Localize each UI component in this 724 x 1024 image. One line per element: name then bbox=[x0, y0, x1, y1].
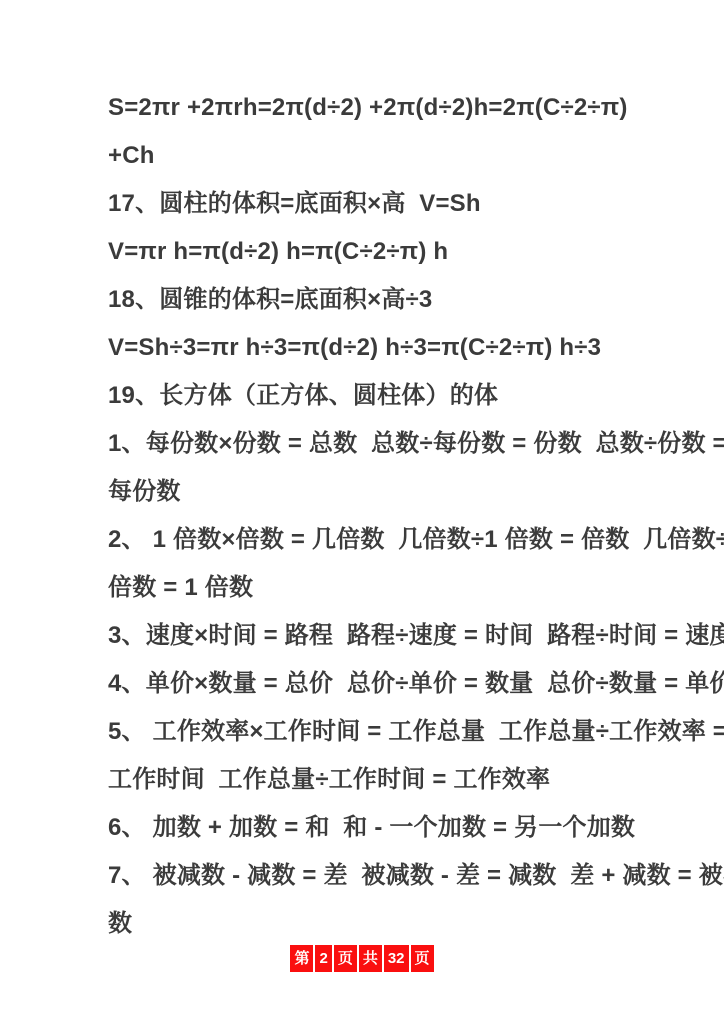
formula-line-item7: 7、 被减数 - 减数 = 差 被减数 - 差 = 减数 差 + 减数 = 被减 bbox=[108, 852, 634, 900]
formula-line-item5: 5、 工作效率×工作时间 = 工作总量 工作总量÷工作效率 = bbox=[108, 708, 634, 756]
formula-line-cone-volume: V=Sh÷3=πr h÷3=π(d÷2) h÷3=π(C÷2÷π) h÷3 bbox=[108, 324, 634, 372]
formula-line-item2-wrap: 倍数 = 1 倍数 bbox=[108, 564, 634, 612]
formula-list: S=2πr +2πrh=2π(d÷2) +2π(d÷2)h=2π(C÷2÷π) … bbox=[108, 84, 634, 948]
formula-line-item2: 2、 1 倍数×倍数 = 几倍数 几倍数÷1 倍数 = 倍数 几倍数÷ bbox=[108, 516, 634, 564]
formula-line-item18: 18、圆锥的体积=底面积×高÷3 bbox=[108, 276, 634, 324]
formula-line-item5-wrap: 工作时间 工作总量÷工作时间 = 工作效率 bbox=[108, 756, 634, 804]
formula-line-item1: 1、每份数×份数 = 总数 总数÷每份数 = 份数 总数÷份数 = bbox=[108, 420, 634, 468]
formula-line-item7-wrap: 数 bbox=[108, 900, 634, 948]
formula-line-item4: 4、单价×数量 = 总价 总价÷单价 = 数量 总价÷数量 = 单价 bbox=[108, 660, 634, 708]
formula-line-cylinder-volume: V=πr h=π(d÷2) h=π(C÷2÷π) h bbox=[108, 228, 634, 276]
formula-line-item19: 19、长方体（正方体、圆柱体）的体 bbox=[108, 372, 634, 420]
footer-label-di: 第 bbox=[290, 945, 313, 972]
footer-current-page: 2 bbox=[315, 945, 331, 972]
formula-line-item1-wrap: 每份数 bbox=[108, 468, 634, 516]
formula-line-cylinder-surface-wrap: +Ch bbox=[108, 132, 634, 180]
document-page: S=2πr +2πrh=2π(d÷2) +2π(d÷2)h=2π(C÷2÷π) … bbox=[0, 0, 724, 1024]
footer-label-total: 共 bbox=[359, 945, 382, 972]
formula-line-cylinder-surface: S=2πr +2πrh=2π(d÷2) +2π(d÷2)h=2π(C÷2÷π) bbox=[108, 84, 634, 132]
formula-line-item17: 17、圆柱的体积=底面积×高 V=Sh bbox=[108, 180, 634, 228]
footer-label-page: 页 bbox=[334, 945, 357, 972]
footer-label-page-2: 页 bbox=[411, 945, 434, 972]
page-number-footer: 第 2 页 共 32 页 bbox=[0, 945, 724, 972]
formula-line-item6: 6、 加数 + 加数 = 和 和 - 一个加数 = 另一个加数 bbox=[108, 804, 634, 852]
formula-line-item3: 3、速度×时间 = 路程 路程÷速度 = 时间 路程÷时间 = 速度 bbox=[108, 612, 634, 660]
footer-total-pages: 32 bbox=[384, 945, 409, 972]
